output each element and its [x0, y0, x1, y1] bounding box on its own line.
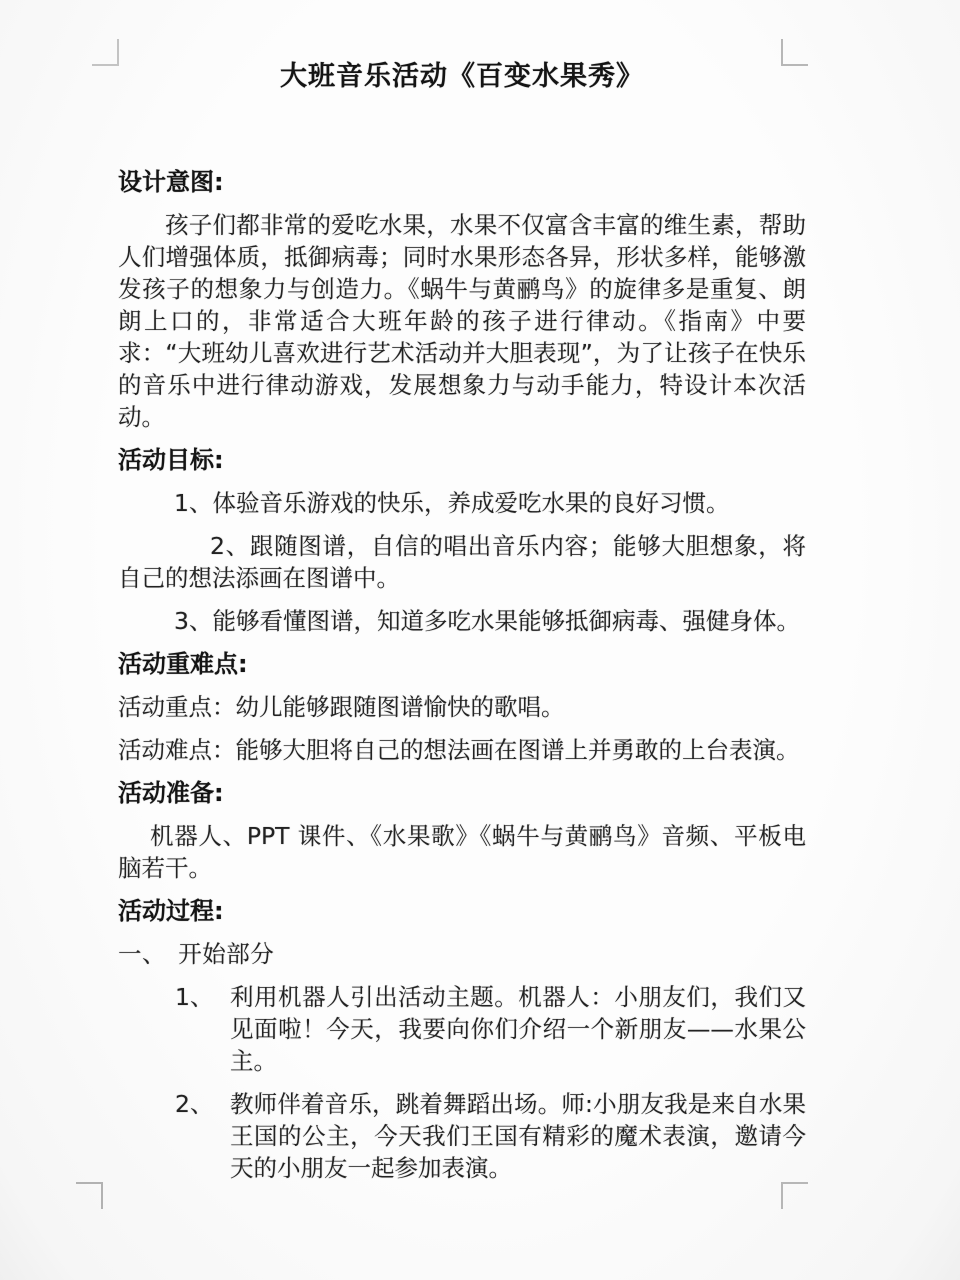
process-step-2-text: 教师伴着音乐，跳着舞蹈出场。师:小朋友我是来自水果王国的公主，今天我们王国有精彩…: [230, 1090, 806, 1182]
process-step-1-number: 1、: [175, 981, 213, 1013]
preparation-heading: 活动准备:: [118, 777, 806, 809]
design-intent-heading: 设计意图:: [118, 166, 806, 198]
crop-mark-top-left: [92, 39, 119, 66]
process-part1-heading: 一、 开始部分: [118, 938, 806, 970]
process-heading: 活动过程:: [118, 895, 806, 927]
doc-title: 大班音乐活动《百变水果秀》: [118, 62, 806, 92]
process-step-2: 2、 教师伴着音乐，跳着舞蹈出场。师:小朋友我是来自水果王国的公主，今天我们王国…: [118, 1088, 806, 1184]
goal-item-3: 3、能够看懂图谱，知道多吃水果能够抵御病毒、强健身体。: [118, 605, 806, 637]
crop-mark-bottom-left: [76, 1182, 103, 1209]
key-point-focus: 活动重点：幼儿能够跟随图谱愉快的歌唱。: [118, 691, 806, 723]
goal-item-1: 1、体验音乐游戏的快乐，养成爱吃水果的良好习惯。: [118, 487, 806, 519]
process-step-1: 1、 利用机器人引出活动主题。机器人：小朋友们，我们又见面啦！今天，我要向你们介…: [118, 981, 806, 1077]
process-step-1-text: 利用机器人引出活动主题。机器人：小朋友们，我们又见面啦！今天，我要向你们介绍一个…: [230, 983, 806, 1075]
design-intent-paragraph: 孩子们都非常的爱吃水果，水果不仅富含丰富的维生素，帮助人们增强体质，抵御病毒；同…: [118, 209, 806, 433]
key-points-heading: 活动重难点:: [118, 648, 806, 680]
goal-item-2: 2、跟随图谱，自信的唱出音乐内容；能够大胆想象，将自己的想法添画在图谱中。: [118, 530, 806, 594]
preparation-paragraph: 机器人、PPT 课件、《水果歌》《蜗牛与黄鹂鸟》音频、平板电脑若干。: [118, 820, 806, 884]
document-content: 大班音乐活动《百变水果秀》 设计意图: 孩子们都非常的爱吃水果，水果不仅富含丰富…: [118, 62, 806, 1184]
crop-mark-bottom-right: [781, 1182, 808, 1209]
key-point-difficulty: 活动难点：能够大胆将自己的想法画在图谱上并勇敢的上台表演。: [118, 734, 806, 766]
document-page: 大班音乐活动《百变水果秀》 设计意图: 孩子们都非常的爱吃水果，水果不仅富含丰富…: [0, 0, 960, 1280]
goals-heading: 活动目标:: [118, 444, 806, 476]
process-step-2-number: 2、: [175, 1088, 213, 1120]
